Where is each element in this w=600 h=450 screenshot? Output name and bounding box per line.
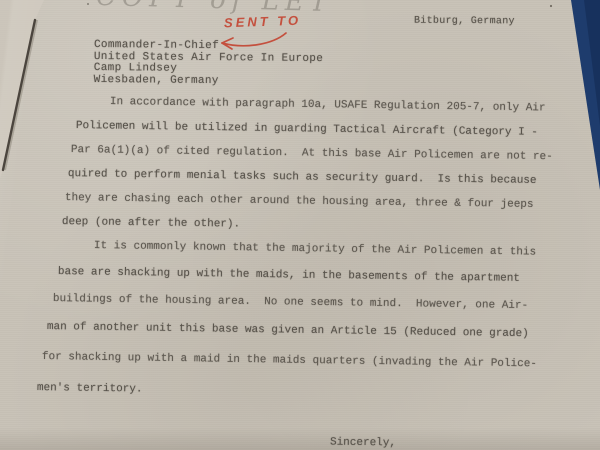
paper-speck xyxy=(550,5,552,7)
body-line: buildings of the housing area. No one se… xyxy=(53,293,528,313)
body-line: Policemen will be utilized in guarding T… xyxy=(76,120,538,140)
recipient-address-block: Commander-In-Chief United States Air For… xyxy=(94,40,324,88)
sheet-edge-line xyxy=(3,20,35,170)
body-line: It is commonly known that the majority o… xyxy=(94,240,536,260)
sheet-edge-line-soft xyxy=(5,20,37,170)
body-line: they are chasing each other around the h… xyxy=(65,192,534,212)
sent-to-stamp: SENT TO xyxy=(224,13,302,31)
backdrop-wedge-dark xyxy=(584,0,600,126)
body-line: base are shacking up with the maids, in … xyxy=(58,266,520,286)
body-line: man of another unit this base was given … xyxy=(47,321,529,341)
under-sheet-corner xyxy=(0,0,44,178)
body-line: In accordance with paragraph 10a, USAFE … xyxy=(110,96,546,115)
body-line: for shacking up with a maid in the maids… xyxy=(42,351,537,371)
body-line: Par 6a(1)(a) of cited regulation. At thi… xyxy=(71,144,553,164)
letter-photo: COPY of LET SENT TO Bitburg, Germany Com… xyxy=(0,0,600,450)
closing-line: Sincerely, xyxy=(330,437,396,450)
body-line: men's territory. xyxy=(37,382,143,397)
body-line: deep (one after the other). xyxy=(62,216,240,232)
backdrop-wedge xyxy=(571,0,600,190)
recipient-line: Wiesbaden, Germany xyxy=(94,75,323,89)
body-line: quired to perform menial tasks such as s… xyxy=(68,168,537,188)
dateline: Bitburg, Germany xyxy=(414,16,515,28)
paper-speck xyxy=(87,3,89,5)
